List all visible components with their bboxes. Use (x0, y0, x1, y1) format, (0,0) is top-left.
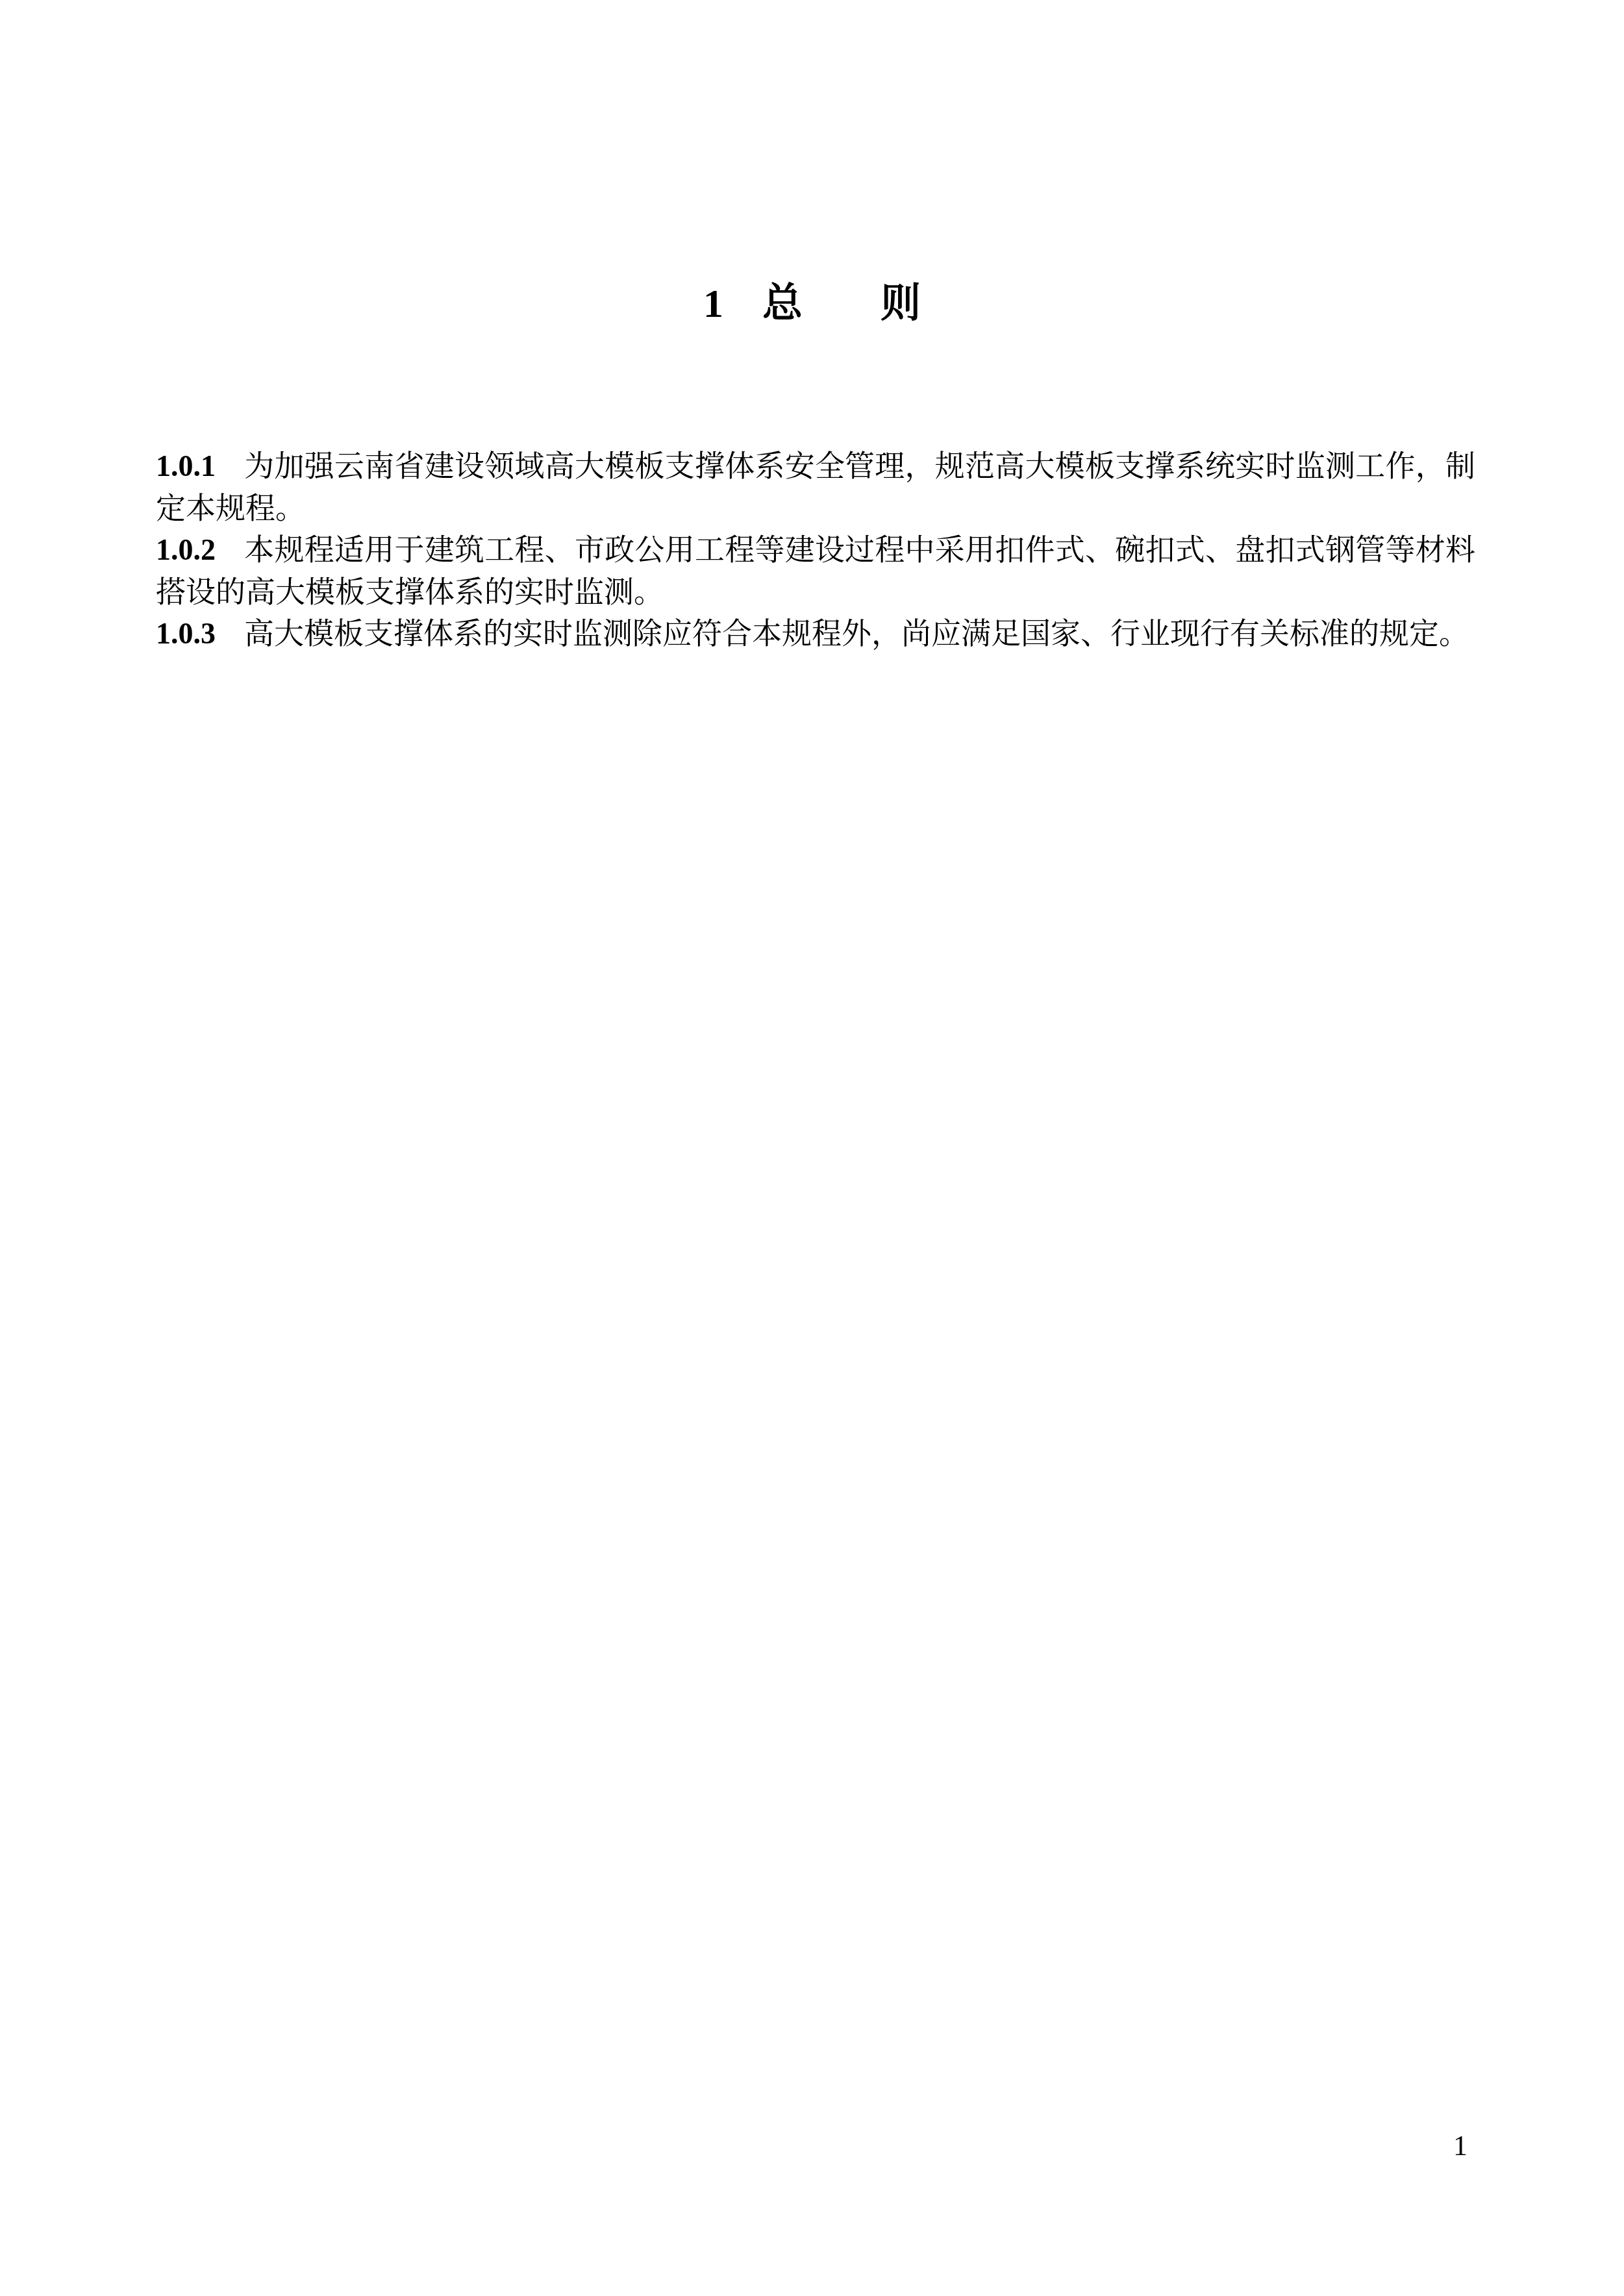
chapter-title-char-2: 则 (881, 278, 921, 330)
clause-1-0-1: 1.0.1为加强云南省建设领域高大模板支撑体系安全管理，规范高大模板支撑系统实时… (156, 445, 1475, 529)
clause-1-0-2: 1.0.2本规程适用于建筑工程、市政公用工程等建设过程中采用扣件式、碗扣式、盘扣… (156, 529, 1475, 613)
chapter-number: 1 (703, 278, 723, 330)
document-page: 1总则 1.0.1为加强云南省建设领域高大模板支撑体系安全管理，规范高大模板支撑… (0, 0, 1624, 2296)
chapter-title-char-1: 总 (762, 278, 803, 330)
clause-number: 1.0.2 (156, 529, 216, 571)
clause-number: 1.0.1 (156, 445, 216, 488)
chapter-title: 1总则 (0, 278, 1624, 330)
clause-text: 本规程适用于建筑工程、市政公用工程等建设过程中采用扣件式、碗扣式、盘扣式钢管等材… (156, 533, 1475, 608)
page-number: 1 (1453, 2130, 1468, 2162)
clause-number: 1.0.3 (156, 613, 216, 655)
clause-text: 高大模板支撑体系的实时监测除应符合本规程外，尚应满足国家、行业现行有关标准的规定… (244, 617, 1469, 650)
clause-text: 为加强云南省建设领域高大模板支撑体系安全管理，规范高大模板支撑系统实时监测工作，… (156, 449, 1475, 525)
chapter-body: 1.0.1为加强云南省建设领域高大模板支撑体系安全管理，规范高大模板支撑系统实时… (156, 445, 1475, 655)
clause-1-0-3: 1.0.3高大模板支撑体系的实时监测除应符合本规程外，尚应满足国家、行业现行有关… (156, 613, 1475, 655)
